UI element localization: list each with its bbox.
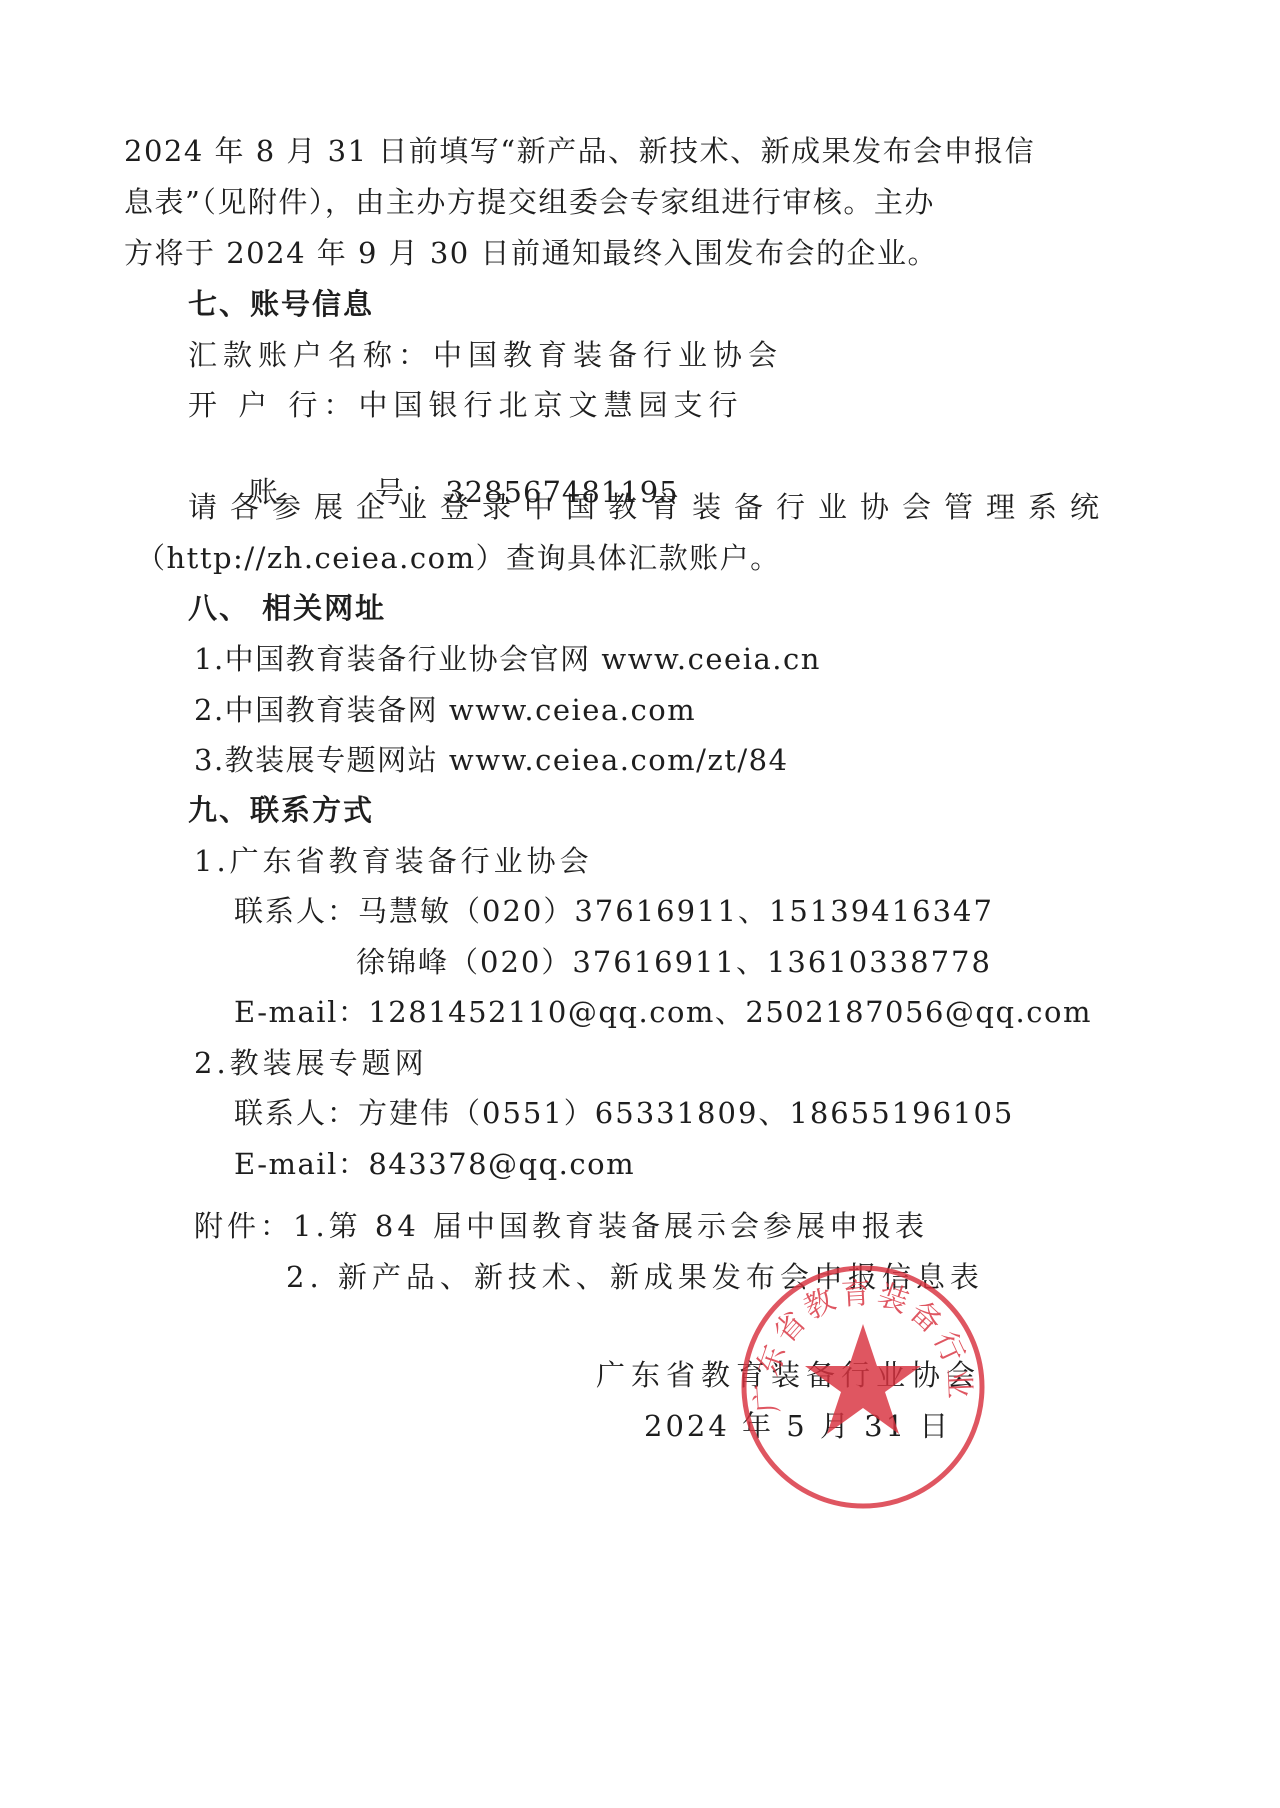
signature-date: 2024 年 5 月 31 日	[644, 1408, 951, 1444]
intro-line-1: 2024 年 8 月 31 日前填写“新产品、新技术、新成果发布会申报信	[124, 133, 1035, 169]
org2-contact: 联系人：方建伟（0551）65331809、18655196105	[234, 1095, 1014, 1131]
intro-line-3: 方将于 2024 年 9 月 30 日前通知最终入围发布会的企业。	[124, 235, 938, 271]
link-item-3[interactable]: 3.教装展专题网站 www.ceiea.com/zt/84	[194, 742, 789, 778]
section8-heading: 八、 相关网址	[188, 590, 386, 626]
account-note-line-2: （http://zh.ceiea.com）查询具体汇款账户。	[136, 540, 781, 576]
account-name-row: 汇款账户名称：中国教育装备行业协会	[188, 337, 783, 373]
signature-org: 广东省教育装备行业协会	[596, 1357, 981, 1393]
org1-name: 1.广东省教育装备行业协会	[194, 843, 593, 879]
org1-contact-1: 联系人：马慧敏（020）37616911、15139416347	[234, 893, 994, 929]
intro-line-2: 息表”（见附件），由主办方提交组委会专家组进行审核。主办	[124, 184, 935, 220]
org2-email[interactable]: E-mail：843378@qq.com	[234, 1146, 635, 1182]
org1-email[interactable]: E-mail：1281452110@qq.com、2502187056@qq.c…	[234, 994, 1092, 1030]
bank-value: 中国银行北京文慧园支行	[358, 388, 743, 422]
account-note-line-1: 请各参展企业登录中国教育装备行业协会管理系统	[188, 489, 1112, 525]
section9-heading: 九、联系方式	[188, 792, 374, 828]
org1-contact-2: 徐锦峰（020）37616911、13610338778	[356, 944, 992, 980]
link-item-2[interactable]: 2.中国教育装备网 www.ceiea.com	[194, 692, 696, 728]
account-name-label: 汇款账户名称：	[188, 338, 433, 372]
bank-row: 开 户 行：中国银行北京文慧园支行	[188, 387, 743, 423]
org2-name: 2.教装展专题网	[194, 1045, 428, 1081]
attachment-item-1: 附件：1.第 84 届中国教育装备展示会参展申报表	[194, 1208, 928, 1244]
link-item-1[interactable]: 1.中国教育装备行业协会官网 www.ceeia.cn	[194, 641, 821, 677]
attachment-item-2: 2. 新产品、新技术、新成果发布会申报信息表	[286, 1259, 984, 1295]
bank-label: 开 户 行：	[188, 388, 358, 422]
section7-heading: 七、账号信息	[188, 286, 374, 322]
account-name-value: 中国教育装备行业协会	[433, 338, 783, 372]
